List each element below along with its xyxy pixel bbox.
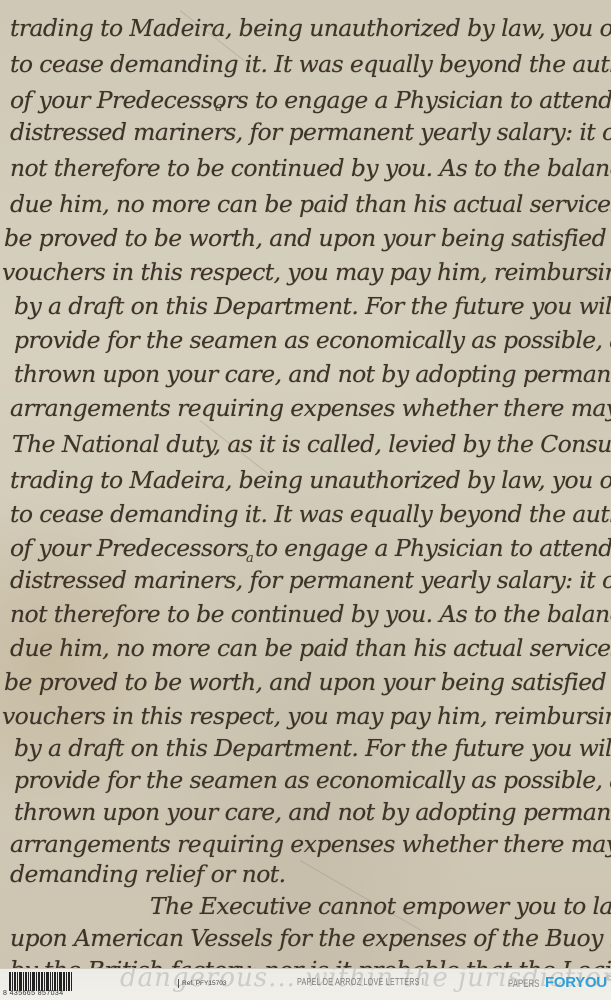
product-reference: Ref. PFY15703 <box>178 979 226 988</box>
letter-line: due him, no more can be paid than his ac… <box>10 190 611 218</box>
letter-line: to cease demanding it. It was equally be… <box>10 500 611 528</box>
brand-logo-papers: PAPERS <box>508 978 540 990</box>
letter-line: by a draft on this Department. For the f… <box>14 292 611 320</box>
letter-line: by the British factory: nor is it probab… <box>10 956 611 968</box>
letter-line: trading to Madeira, being unauthorized b… <box>10 14 611 42</box>
letter-line: by a draft on this Department. For the f… <box>14 734 611 762</box>
brand-logo: PAPERSFORYOU© <box>508 974 611 992</box>
insertion-mark: a <box>215 100 223 115</box>
letter-line-paragraph-start: The Executive cannot empower you to lay … <box>150 892 611 920</box>
letter-line: provide for the seamen as economically a… <box>14 766 611 794</box>
letter-line: to cease demanding it. It was equally be… <box>10 50 611 78</box>
letter-line: arrangements requiring expenses whether … <box>10 394 611 422</box>
letter-line: not therefore to be continued by you. As… <box>10 154 611 182</box>
letter-line: demanding relief or not. <box>10 860 285 888</box>
insertion-mark: a <box>246 551 254 566</box>
letter-line: due him, no more can be paid than his ac… <box>10 634 611 662</box>
letter-line: thrown upon your care, and not by adopti… <box>14 360 611 388</box>
letter-line: vouchers in this respect, you may pay hi… <box>2 702 611 730</box>
brand-logo-foryou: FORYOU <box>545 974 607 991</box>
letter-line: not therefore to be continued by you. As… <box>10 600 611 628</box>
letter-line: trading to Madeira, being unauthorized b… <box>10 466 611 494</box>
letter-line: be proved to be worth, and upon your bei… <box>4 224 611 252</box>
letter-line: thrown upon your care, and not by adopti… <box>14 798 611 826</box>
barcode-icon <box>9 972 79 991</box>
letter-line: be proved to be worth, and upon your bei… <box>4 668 611 696</box>
letter-line: vouchers in this respect, you may pay hi… <box>2 258 611 286</box>
letter-line: arrangements requiring expenses whether … <box>10 830 611 858</box>
copyright-icon: © <box>607 974 611 983</box>
product-name: PAPEL DE ARROZ LOVE LETTERS I <box>297 977 424 988</box>
product-footer-strip: dangerous... within the jurisdiction of … <box>0 968 611 1000</box>
letter-line: distressed mariners, for permanent yearl… <box>10 118 611 146</box>
letter-line: The National duty, as it is called, levi… <box>12 430 611 458</box>
letter-line: provide for the seamen as economically a… <box>14 326 611 354</box>
letter-line: distressed mariners, for permanent yearl… <box>10 566 611 594</box>
letter-line: upon American Vessels for the expenses o… <box>10 924 611 952</box>
letter-line: of your Predecessors to engage a Physici… <box>10 86 611 114</box>
barcode-number: 8 435665 857034 <box>3 990 64 997</box>
handwritten-letter-page: trading to Madeira, being unauthorized b… <box>0 0 611 968</box>
letter-line: of your Predecessors to engage a Physici… <box>10 534 611 562</box>
